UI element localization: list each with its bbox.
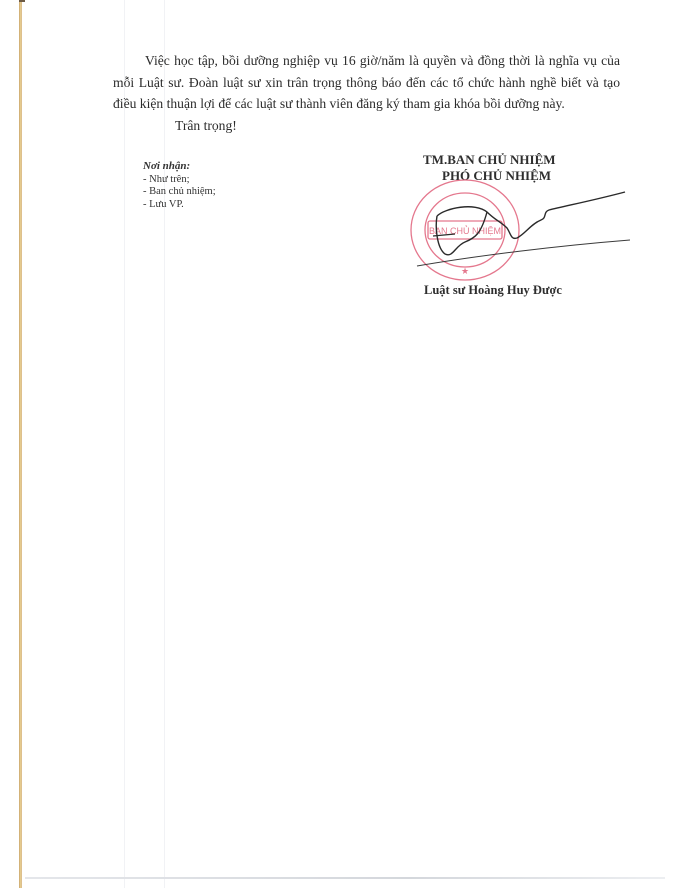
body-paragraph: Việc học tập, bồi dưỡng nghiệp vụ 16 giờ… [113,50,620,115]
handwritten-signature-icon [415,188,630,268]
body-text: Việc học tập, bồi dưỡng nghiệp vụ 16 giờ… [113,50,620,115]
scan-artifact-line [124,0,125,888]
recipient-item: - Lưu VP. [143,199,216,212]
recipients-title: Nơi nhận: [143,160,216,173]
recipients-block: Nơi nhận: - Như trên; - Ban chủ nhiệm; -… [143,160,216,211]
page-edge-left [19,0,22,888]
page-bottom-edge [25,877,665,879]
closing-text: Trân trọng! [175,118,237,134]
recipient-item: - Như trên; [143,174,216,187]
page-edge-top [19,0,25,2]
signature-title-line1: TM.BAN CHỦ NHIỆM [423,152,556,167]
recipient-item: - Ban chủ nhiệm; [143,186,216,199]
signer-name: Luật sư Hoàng Huy Được [424,283,562,298]
scan-artifact-line [164,0,165,888]
